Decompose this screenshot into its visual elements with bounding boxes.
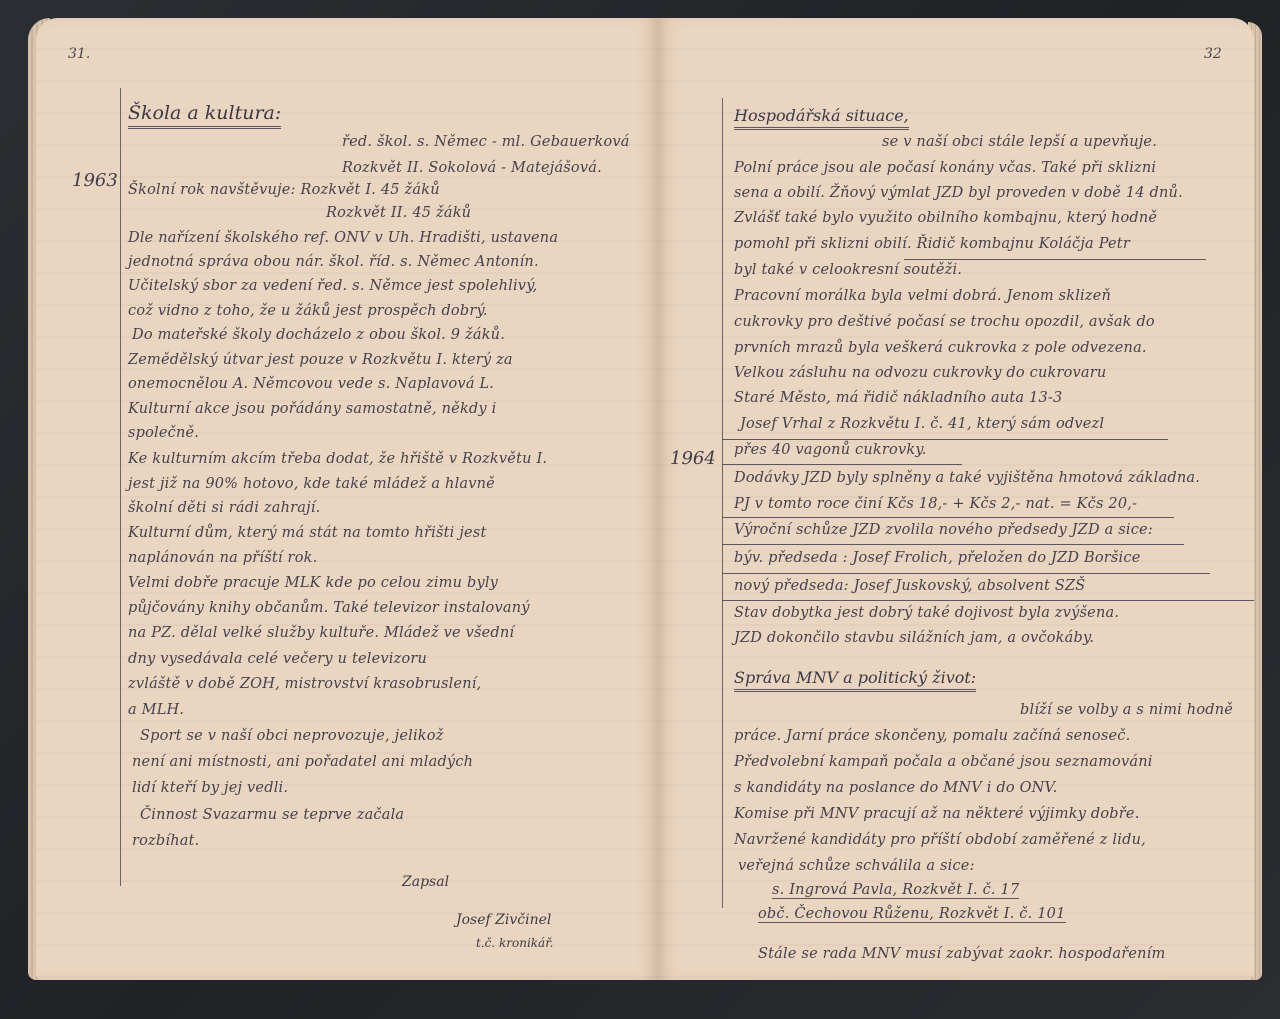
text-line: řed. škol. s. Němec - ml. Gebauerková <box>342 134 630 150</box>
text-line: veřejná schůze schválila a sice: <box>738 858 975 874</box>
section-heading-2: Správa MNV a politický život: <box>734 668 976 692</box>
signature-role: t.č. kronikář. <box>476 936 553 950</box>
text-line: s. Ingrová Pavla, Rozkvět I. č. 17 <box>772 882 1019 899</box>
text-line: jest již na 90% hotovo, kde také mládež … <box>128 476 495 492</box>
underline <box>722 439 1168 440</box>
text-line: prvních mrazů byla veškerá cukrovka z po… <box>734 340 1147 356</box>
underline <box>722 573 1210 574</box>
text-line: a MLH. <box>128 702 184 718</box>
text-line: Do mateřské školy docházelo z obou škol.… <box>132 327 505 343</box>
text-line: Školní rok navštěvuje: Rozkvět I. 45 žák… <box>128 182 440 198</box>
text-line: Předvolební kampaň počala a občané jsou … <box>734 754 1153 770</box>
text-line: Polní práce jsou ale počasí konány včas.… <box>734 160 1156 176</box>
text-line: Stav dobytka jest dobrý také dojivost by… <box>734 605 1119 621</box>
text-line: blíží se volby a s nimi hodně <box>1020 702 1233 718</box>
page-number: 31. <box>68 46 90 62</box>
signature-label: Zapsal <box>402 874 449 890</box>
underline <box>904 259 1206 260</box>
text-line: na PZ. dělal velké služby kultuře. Mláde… <box>128 625 514 641</box>
text-line: onemocnělou A. Němcovou vede s. Naplavov… <box>128 376 494 392</box>
text-line: práce. Jarní práce skončeny, pomalu začí… <box>734 728 1130 744</box>
text-line: byl také v celookresní soutěži. <box>734 262 962 278</box>
left-page: 31. Škola a kultura: 1963 řed. škol. s. … <box>36 18 658 980</box>
text-line: Velmi dobře pracuje MLK kde po celou zim… <box>128 575 498 591</box>
text-line: společně. <box>128 425 199 441</box>
text-line: pomohl při sklizni obilí. Řidič kombajnu… <box>734 236 1130 252</box>
text-line: Navržené kandidáty pro příští období zam… <box>734 832 1146 848</box>
text-line: Výroční schůze JZD zvolila nového předse… <box>734 522 1153 538</box>
margin-line <box>120 88 121 886</box>
text-line: Rozkvět II. 45 žáků <box>326 205 471 221</box>
section-heading: Škola a kultura: <box>128 102 281 129</box>
text-line: školní děti si rádi zahrají. <box>128 500 320 516</box>
text-line: Ke kulturním akcím třeba dodat, že hřišt… <box>128 451 547 467</box>
page-number: 32 <box>1204 46 1222 62</box>
text-line: Zvlášť také bylo využito obilního kombaj… <box>734 210 1157 226</box>
text-line: Rozkvět II. Sokolová - Matejášová. <box>342 160 602 176</box>
text-line: se v naší obci stále lepší a upevňuje. <box>882 134 1157 150</box>
year-label: 1963 <box>72 170 118 191</box>
text-line: Velkou zásluhu na odvozu cukrovky do cuk… <box>734 365 1106 381</box>
margin-line <box>722 98 723 908</box>
text-line: Zemědělský útvar jest pouze v Rozkvětu I… <box>128 352 513 368</box>
year-label: 1964 <box>670 448 716 469</box>
text-line: Sport se v naší obci neprovozuje, jeliko… <box>140 728 444 744</box>
text-line: Činnost Svazarmu se teprve začala <box>140 807 404 823</box>
text-line: Pracovní morálka byla velmi dobrá. Jenom… <box>734 288 1111 304</box>
text-line: Stále se rada MNV musí zabývat zaokr. ho… <box>758 946 1165 962</box>
underline <box>722 544 1184 545</box>
text-line: Josef Vrhal z Rozkvětu I. č. 41, který s… <box>740 416 1104 432</box>
text-line: dny vysedávala celé večery u televizoru <box>128 651 427 667</box>
text-line: přes 40 vagonů cukrovky. <box>734 442 927 458</box>
text-line: JZD dokončilo stavbu silážních jam, a ov… <box>734 630 1094 646</box>
text-line: cukrovky pro deštivé počasí se trochu op… <box>734 314 1155 330</box>
text-line: Dle nařízení školského ref. ONV v Uh. Hr… <box>128 230 558 246</box>
text-line: býv. předseda : Josef Frolich, přeložen … <box>734 550 1140 566</box>
text-line: což vidno z toho, že u žáků jest prospěc… <box>128 303 488 319</box>
text-line: půjčovány knihy občanům. Také televizor … <box>128 600 530 616</box>
section-heading: Hospodářská situace, <box>734 106 909 130</box>
text-line: jednotná správa obou nár. škol. říd. s. … <box>128 254 539 270</box>
text-line: sena a obilí. Žňový výmlat JZD byl prove… <box>734 185 1183 201</box>
text-line: zvláště v době ZOH, mistrovství krasobru… <box>128 676 481 692</box>
text-line: Učitelský sbor za vedení řed. s. Němce j… <box>128 278 537 294</box>
text-line: Kulturní dům, který má stát na tomto hři… <box>128 525 486 541</box>
text-line: lidí kteří by jej vedli. <box>132 780 288 796</box>
text-line: s kandidáty na poslance do MNV i do ONV. <box>734 780 1058 796</box>
text-line: Dodávky JZD byly splněny a také vyjištěn… <box>734 470 1200 486</box>
right-page: 32 Hospodářská situace, 1964 se v naší o… <box>658 18 1254 980</box>
underline <box>722 600 1254 601</box>
text-line: PJ v tomto roce činí Kčs 18,- + Kčs 2,- … <box>734 496 1137 512</box>
text-line: naplánován na příští rok. <box>128 550 317 566</box>
text-line: obč. Čechovou Růženu, Rozkvět I. č. 101 <box>758 906 1066 923</box>
text-line: není ani místnosti, ani pořadatel ani ml… <box>132 754 473 770</box>
text-line: Komise při MNV pracují až na některé výj… <box>734 806 1140 822</box>
underline <box>722 464 962 465</box>
text-line: Kulturní akce jsou pořádány samostatně, … <box>128 401 496 417</box>
text-line: Staré Město, má řidič nákladního auta 13… <box>734 390 1062 406</box>
signature-name: Josef Zivčinel <box>456 912 551 928</box>
text-line: rozbíhat. <box>132 833 199 849</box>
text-line: nový předseda: Josef Juskovský, absolven… <box>734 578 1085 594</box>
underline <box>722 517 1174 518</box>
